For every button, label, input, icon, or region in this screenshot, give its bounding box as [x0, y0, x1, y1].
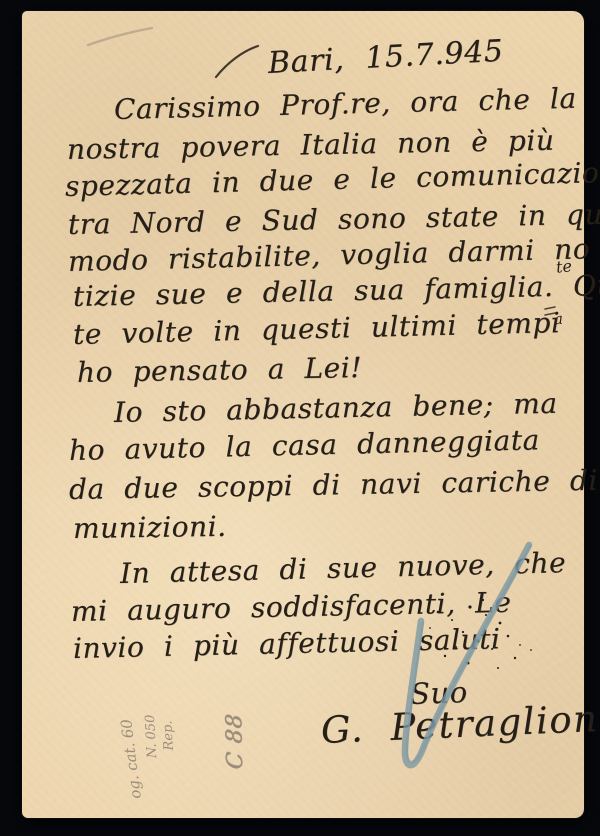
- scan-background: { "scan": { "background_color": "#06080c…: [0, 0, 600, 836]
- superscript-te-mark: te: [555, 256, 573, 277]
- body-line-8: ho pensato a Lei!: [77, 353, 363, 389]
- body-line-7: te volte in questi ultimi tempi: [73, 308, 561, 351]
- body-line-9: Io sto abbastanza bene; ma: [114, 389, 558, 429]
- superscript-a-mark: a: [553, 310, 563, 329]
- pencil-note-number-line: N. 050: [143, 707, 163, 766]
- pencil-note-catalog: og. cat. 60: [117, 715, 145, 803]
- body-line-14: mi auguro soddisfacenti, Le: [71, 588, 512, 628]
- postcard: Bari, 15.7.945 Carissimo Prof.re, ora ch…: [22, 11, 584, 818]
- body-line-11: da due scoppi di navi cariche di: [69, 466, 598, 506]
- body-line-12: munizioni.: [73, 512, 227, 545]
- pencil-note-c88: C 88: [222, 712, 248, 770]
- signature: G. Petraglione: [320, 698, 600, 752]
- body-line-13: In attesa di sue nuove, che: [120, 548, 567, 590]
- body-line-1: Carissimo Prof.re, ora che la: [114, 84, 577, 126]
- date-line: Bari, 15.7.945: [267, 35, 504, 80]
- body-line-15: invio i più affettuosi saluti: [73, 624, 501, 664]
- body-line-10: ho avuto la casa danneggiata: [69, 425, 541, 466]
- pencil-note-rep-line: Rep.: [159, 706, 179, 765]
- pencil-note-number: N. 050 Rep.: [143, 706, 180, 766]
